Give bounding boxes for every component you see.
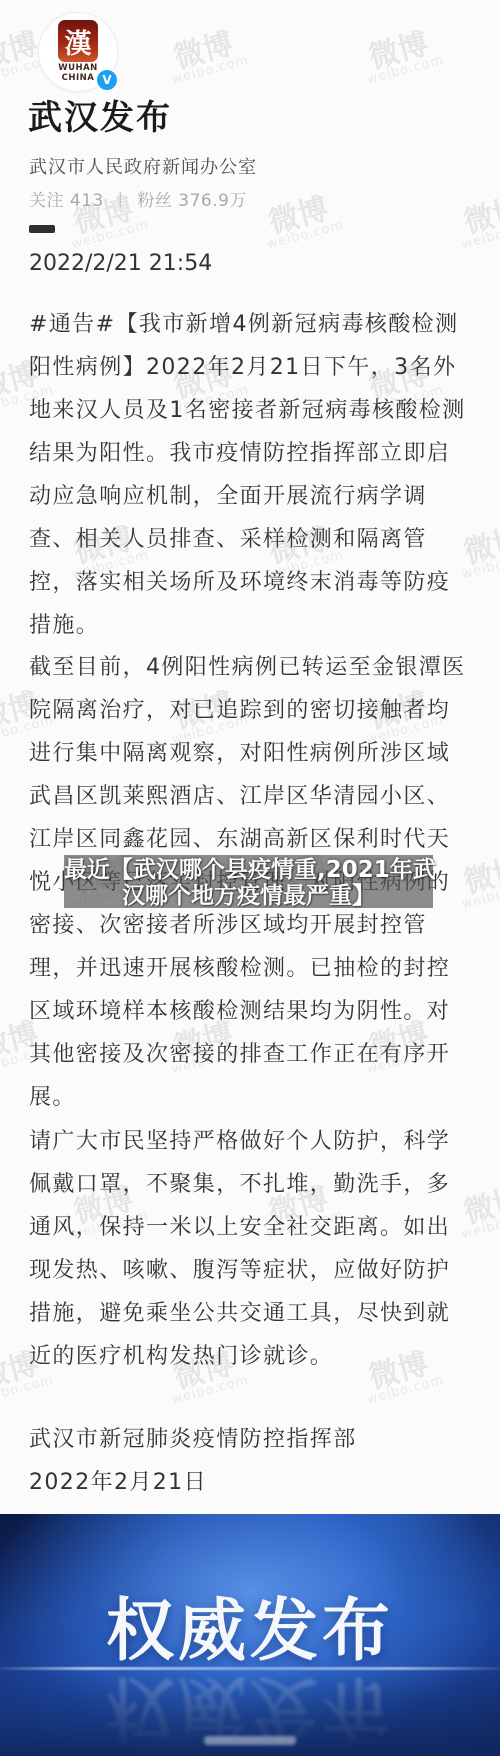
post-paragraph-1: #通告#【我市新增4例新冠病毒核酸检测阳性病例】2022年2月21日下午，3名外… (29, 303, 472, 647)
follow-count[interactable]: 关注 413 (29, 191, 104, 211)
weibo-watermark: 微博weibo.com (171, 26, 250, 84)
verified-badge-icon: V (95, 68, 119, 92)
post-timestamp: 2022/2/21 21:54 (29, 251, 212, 276)
caption-line-2: 汉哪个地方疫情最严重】 (64, 883, 433, 909)
profile-stats[interactable]: 关注 413丨粉丝 376.9万 (29, 186, 247, 211)
collapsed-text-dash (29, 225, 55, 233)
post-signature-block: 武汉市新冠肺炎疫情防控指挥部 2022年2月21日 (29, 1418, 472, 1504)
post-paragraph-3: 请广大市民坚持严格做好个人防护，科学佩戴口罩，不聚集，不扎堆，勤洗手，多通风，保… (29, 1120, 472, 1378)
authority-release-banner-image[interactable]: 权威发布 权威发布 (0, 1514, 500, 1756)
weibo-watermark: 微博weibo.com (366, 26, 445, 84)
weibo-watermark: 微博weibo.com (461, 191, 500, 249)
profile-description: 武汉市人民政府新闻办公室 (29, 153, 257, 179)
avatar[interactable]: 漢 WUHAN CHINA V (38, 12, 118, 92)
weibo-post-screenshot: 微博weibo.com微博weibo.com微博weibo.com微博weibo… (0, 0, 500, 1756)
search-caption-overlay[interactable]: 最近【武汉哪个县疫情重,2021年武 汉哪个地方疫情最严重】 (64, 855, 433, 908)
weibo-watermark: 微博weibo.com (266, 191, 345, 249)
caption-line-1: 最近【武汉哪个县疫情重,2021年武 (64, 857, 433, 883)
banner-bottom-bar (204, 1736, 296, 1745)
wuhan-seal-logo: 漢 (58, 20, 98, 62)
profile-name: 武汉发布 (28, 90, 172, 139)
stats-separator: 丨 (112, 191, 130, 211)
signature-org: 武汉市新冠肺炎疫情防控指挥部 (29, 1418, 472, 1461)
fans-count[interactable]: 粉丝 376.9万 (137, 191, 247, 211)
signature-date: 2022年2月21日 (29, 1461, 472, 1504)
banner-floor-line (0, 1667, 500, 1670)
banner-title: 权威发布 (0, 1598, 500, 1666)
